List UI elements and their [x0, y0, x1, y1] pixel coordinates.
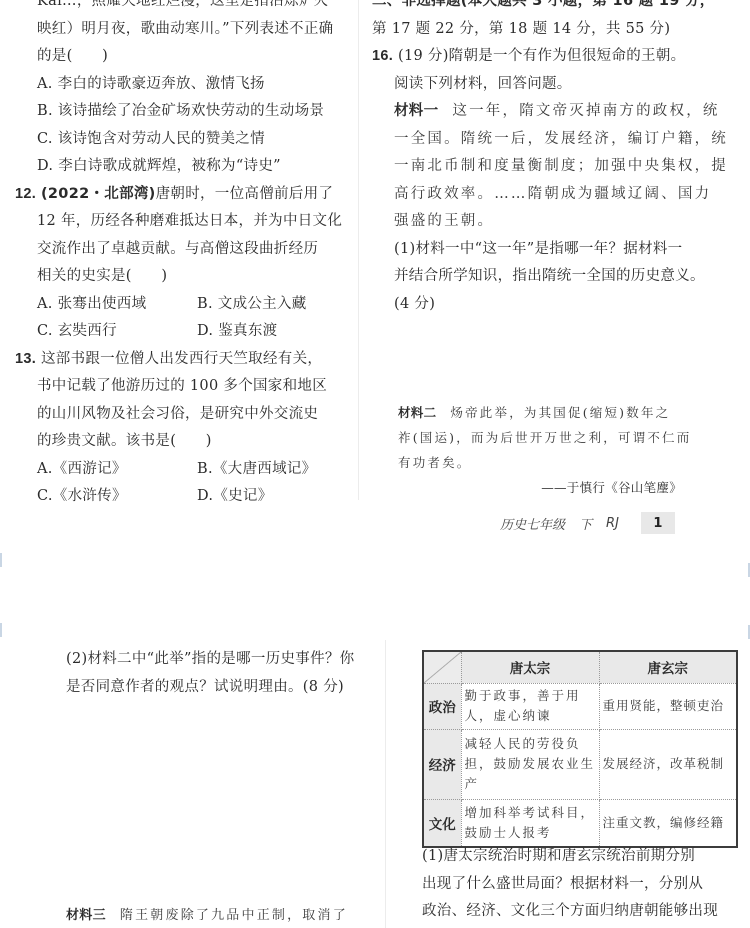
q16-text: (19 分)隋朝是一个有作为但很短命的王朝。: [398, 48, 685, 64]
q13-option-c: C.《水浒传》: [37, 483, 197, 511]
sub-question-2: (2)材料二中“此举”指的是哪一历史事件？你: [66, 646, 386, 674]
q12-stem-line: 相关的史实是( ): [37, 263, 367, 291]
q13-text: 这部书跟一位僧人出发西行天竺取经有关，: [41, 351, 322, 367]
material-1-line: 一南北币制和度量衡制度；加强中央集权，提: [372, 153, 712, 181]
q12-stem-line: 交流作出了卓越贡献。与高僧这段曲折经历: [37, 236, 367, 264]
question-number: 13.: [15, 351, 36, 367]
q12-option-c: C. 玄奘西行: [37, 318, 197, 346]
material-text: 这一年，隋文帝灭掉南方的政权，统: [452, 103, 719, 119]
q12-options-row: A. 张骞出使西域 B. 文成公主入藏: [37, 291, 367, 319]
sub-question-1-line: 并结合所学知识，指出隋统一全国的历史意义。: [372, 263, 712, 291]
row-header: 经济: [423, 729, 461, 799]
sub-question-1: (1)唐太宗统治时期和唐玄宗统治前期分别: [422, 843, 742, 871]
q11-stem-line: 映红）明月夜，歌曲动寒川。”下列表述不正确: [37, 16, 367, 44]
q11-option-b: B. 该诗描绘了冶金矿场欢快劳动的生动场景: [37, 98, 367, 126]
q11-option-a: A. 李白的诗歌豪迈奔放、激情飞扬: [37, 71, 367, 99]
table-cell: 发展经济，改革税制: [599, 729, 737, 799]
q16-stem-line: 阅读下列材料，回答问题。: [372, 71, 712, 99]
material-2: 材料二炀帝此举，为其国促(缩短)数年之 祚(国运)，而为后世开万世之利，可谓不仁…: [372, 400, 712, 500]
table-row: 文化 增加科举考试科目，鼓励士人报考 注重文教，编修经籍: [423, 799, 737, 847]
q12-option-b: B. 文成公主入藏: [197, 291, 357, 319]
material-2-line: 有功者矣。: [398, 450, 712, 475]
material-2-line: 祚(国运)，而为后世开万世之利，可谓不仁而: [398, 425, 712, 450]
material-label: 材料三: [66, 908, 106, 923]
table-cell: 增加科举考试科目，鼓励士人报考: [461, 799, 599, 847]
q12-option-d: D. 鉴真东渡: [197, 318, 357, 346]
table-cell: 勤于政事，善于用人，虚心纳谏: [461, 683, 599, 729]
table-row: 经济 减轻人民的劳役负担，鼓励发展农业生产 发展经济，改革税制: [423, 729, 737, 799]
q12-stem-line: 12 年，历经各种磨难抵达日本，并为中日文化: [37, 208, 367, 236]
q11-option-d: D. 李白诗歌成就辉煌，被称为“诗史”: [37, 153, 367, 181]
q13-stem-line: 的山川风物及社会习俗，是研究中外交流史: [37, 401, 367, 429]
column-header: 唐玄宗: [599, 651, 737, 683]
q13-options-row: A.《西游记》 B.《大唐西域记》: [37, 456, 367, 484]
material-text: 炀帝此举，为其国促(缩短)数年之: [450, 405, 670, 420]
sub-question-1-line: 出现了什么盛世局面？根据材料一，分别从: [422, 871, 742, 899]
material-1-line: 一全国。隋统一后，发展经济，编订户籍，统: [372, 126, 712, 154]
q11-option-c: C. 该诗饱含对劳动人民的赞美之情: [37, 126, 367, 154]
q11-stem-line: 的是( ): [37, 43, 367, 71]
q13-stem: 13. 这部书跟一位僧人出发西行天竺取经有关，: [15, 346, 367, 374]
page-number-badge: 1: [641, 512, 675, 534]
material-1-line: 高行政效率。……隋朝成为疆域辽阔、国力: [372, 181, 712, 209]
material-label: 材料二: [398, 405, 436, 420]
page-2: (2)材料二中“此举”指的是哪一历史事件？你 是否同意作者的观点？试说明理由。(…: [0, 640, 750, 928]
left-column: Kai…，照耀天地红烂漫，这里是指治炼炉火 映红）明月夜，歌曲动寒川。”下列表述…: [37, 0, 367, 511]
row-header: 文化: [423, 799, 461, 847]
footer-subject: 历史七年级: [500, 514, 565, 533]
material-2-attribution: ——于慎行《谷山笔麈》: [398, 475, 712, 500]
sub-question-1-line: (4 分): [372, 291, 712, 319]
comparison-table: 唐太宗 唐玄宗 政治 勤于政事，善于用人，虚心纳谏 重用贤能，整顿吏治 经济 减…: [422, 650, 738, 848]
material-1: 材料一这一年，隋文帝灭掉南方的政权，统: [372, 98, 712, 126]
footer-edition: RJ: [606, 516, 619, 531]
question-number: 12.: [15, 186, 36, 202]
q12-options-row: C. 玄奘西行 D. 鉴真东渡: [37, 318, 367, 346]
page-edge-mark: [0, 553, 2, 567]
page-gap: [0, 545, 750, 640]
q12-option-a: A. 张骞出使西域: [37, 291, 197, 319]
material-3: 材料三隋王朝废除了九品中正制，取消了: [66, 903, 386, 928]
material-label: 材料一: [394, 103, 438, 119]
section-header-line: 二、非选择题(本大题共 3 小题，第 16 题 19 分，: [372, 0, 712, 16]
q12-stem: 12. (2022・北部湾)唐朝时，一位高僧前后用了: [15, 181, 367, 209]
left-column: (2)材料二中“此举”指的是哪一历史事件？你 是否同意作者的观点？试说明理由。(…: [66, 646, 386, 701]
right-column: 二、非选择题(本大题共 3 小题，第 16 题 19 分， 第 17 题 22 …: [372, 0, 712, 500]
section-header-line: 第 17 题 22 分，第 18 题 14 分，共 55 分): [372, 16, 712, 44]
table-cell: 重用贤能，整顿吏治: [599, 683, 737, 729]
answer-space: [372, 318, 712, 400]
q12-text: 唐朝时，一位高僧前后用了: [156, 186, 334, 202]
material-text: 隋王朝废除了九品中正制，取消了: [120, 908, 348, 923]
q13-stem-line: 的珍贵文献。该书是( ): [37, 428, 367, 456]
q13-stem-line: 书中记载了他游历过的 100 多个国家和地区: [37, 373, 367, 401]
table-cell: 减轻人民的劳役负担，鼓励发展农业生产: [461, 729, 599, 799]
page-edge-mark: [0, 623, 2, 637]
sub-question-1: (1)材料一中“这一年”是指哪一年？据材料一: [372, 236, 712, 264]
sub-question-1-line: 政治、经济、文化三个方面归纳唐朝能够出现: [422, 898, 742, 926]
table-header-row: 唐太宗 唐玄宗: [423, 651, 737, 683]
material-1-line: 强盛的王朝。: [372, 208, 712, 236]
q11-stem-line: Kai…，照耀天地红烂漫，这里是指治炼炉火: [37, 0, 367, 16]
q13-option-d: D.《史记》: [197, 483, 357, 511]
right-column-question: (1)唐太宗统治时期和唐玄宗统治前期分别 出现了什么盛世局面？根据材料一，分别从…: [422, 843, 742, 926]
column-divider: [385, 640, 386, 928]
row-header: 政治: [423, 683, 461, 729]
q13-option-a: A.《西游记》: [37, 456, 197, 484]
q16-stem: 16. (19 分)隋朝是一个有作为但很短命的王朝。: [372, 43, 712, 71]
question-source: (2022・北部湾): [41, 186, 156, 202]
table-row: 政治 勤于政事，善于用人，虚心纳谏 重用贤能，整顿吏治: [423, 683, 737, 729]
page-1: Kai…，照耀天地红烂漫，这里是指治炼炉火 映红）明月夜，歌曲动寒川。”下列表述…: [0, 0, 750, 545]
table-cell: 注重文教，编修经籍: [599, 799, 737, 847]
q13-option-b: B.《大唐西域记》: [197, 456, 357, 484]
sub-question-2-line: 是否同意作者的观点？试说明理由。(8 分): [66, 674, 386, 702]
q13-options-row: C.《水浒传》 D.《史记》: [37, 483, 367, 511]
question-number: 16.: [372, 48, 393, 64]
column-divider: [358, 0, 359, 500]
page-footer: 历史七年级 下 RJ 1: [500, 512, 675, 534]
column-header: 唐太宗: [461, 651, 599, 683]
footer-volume: 下: [579, 514, 592, 533]
diagonal-header-cell: [423, 651, 461, 683]
